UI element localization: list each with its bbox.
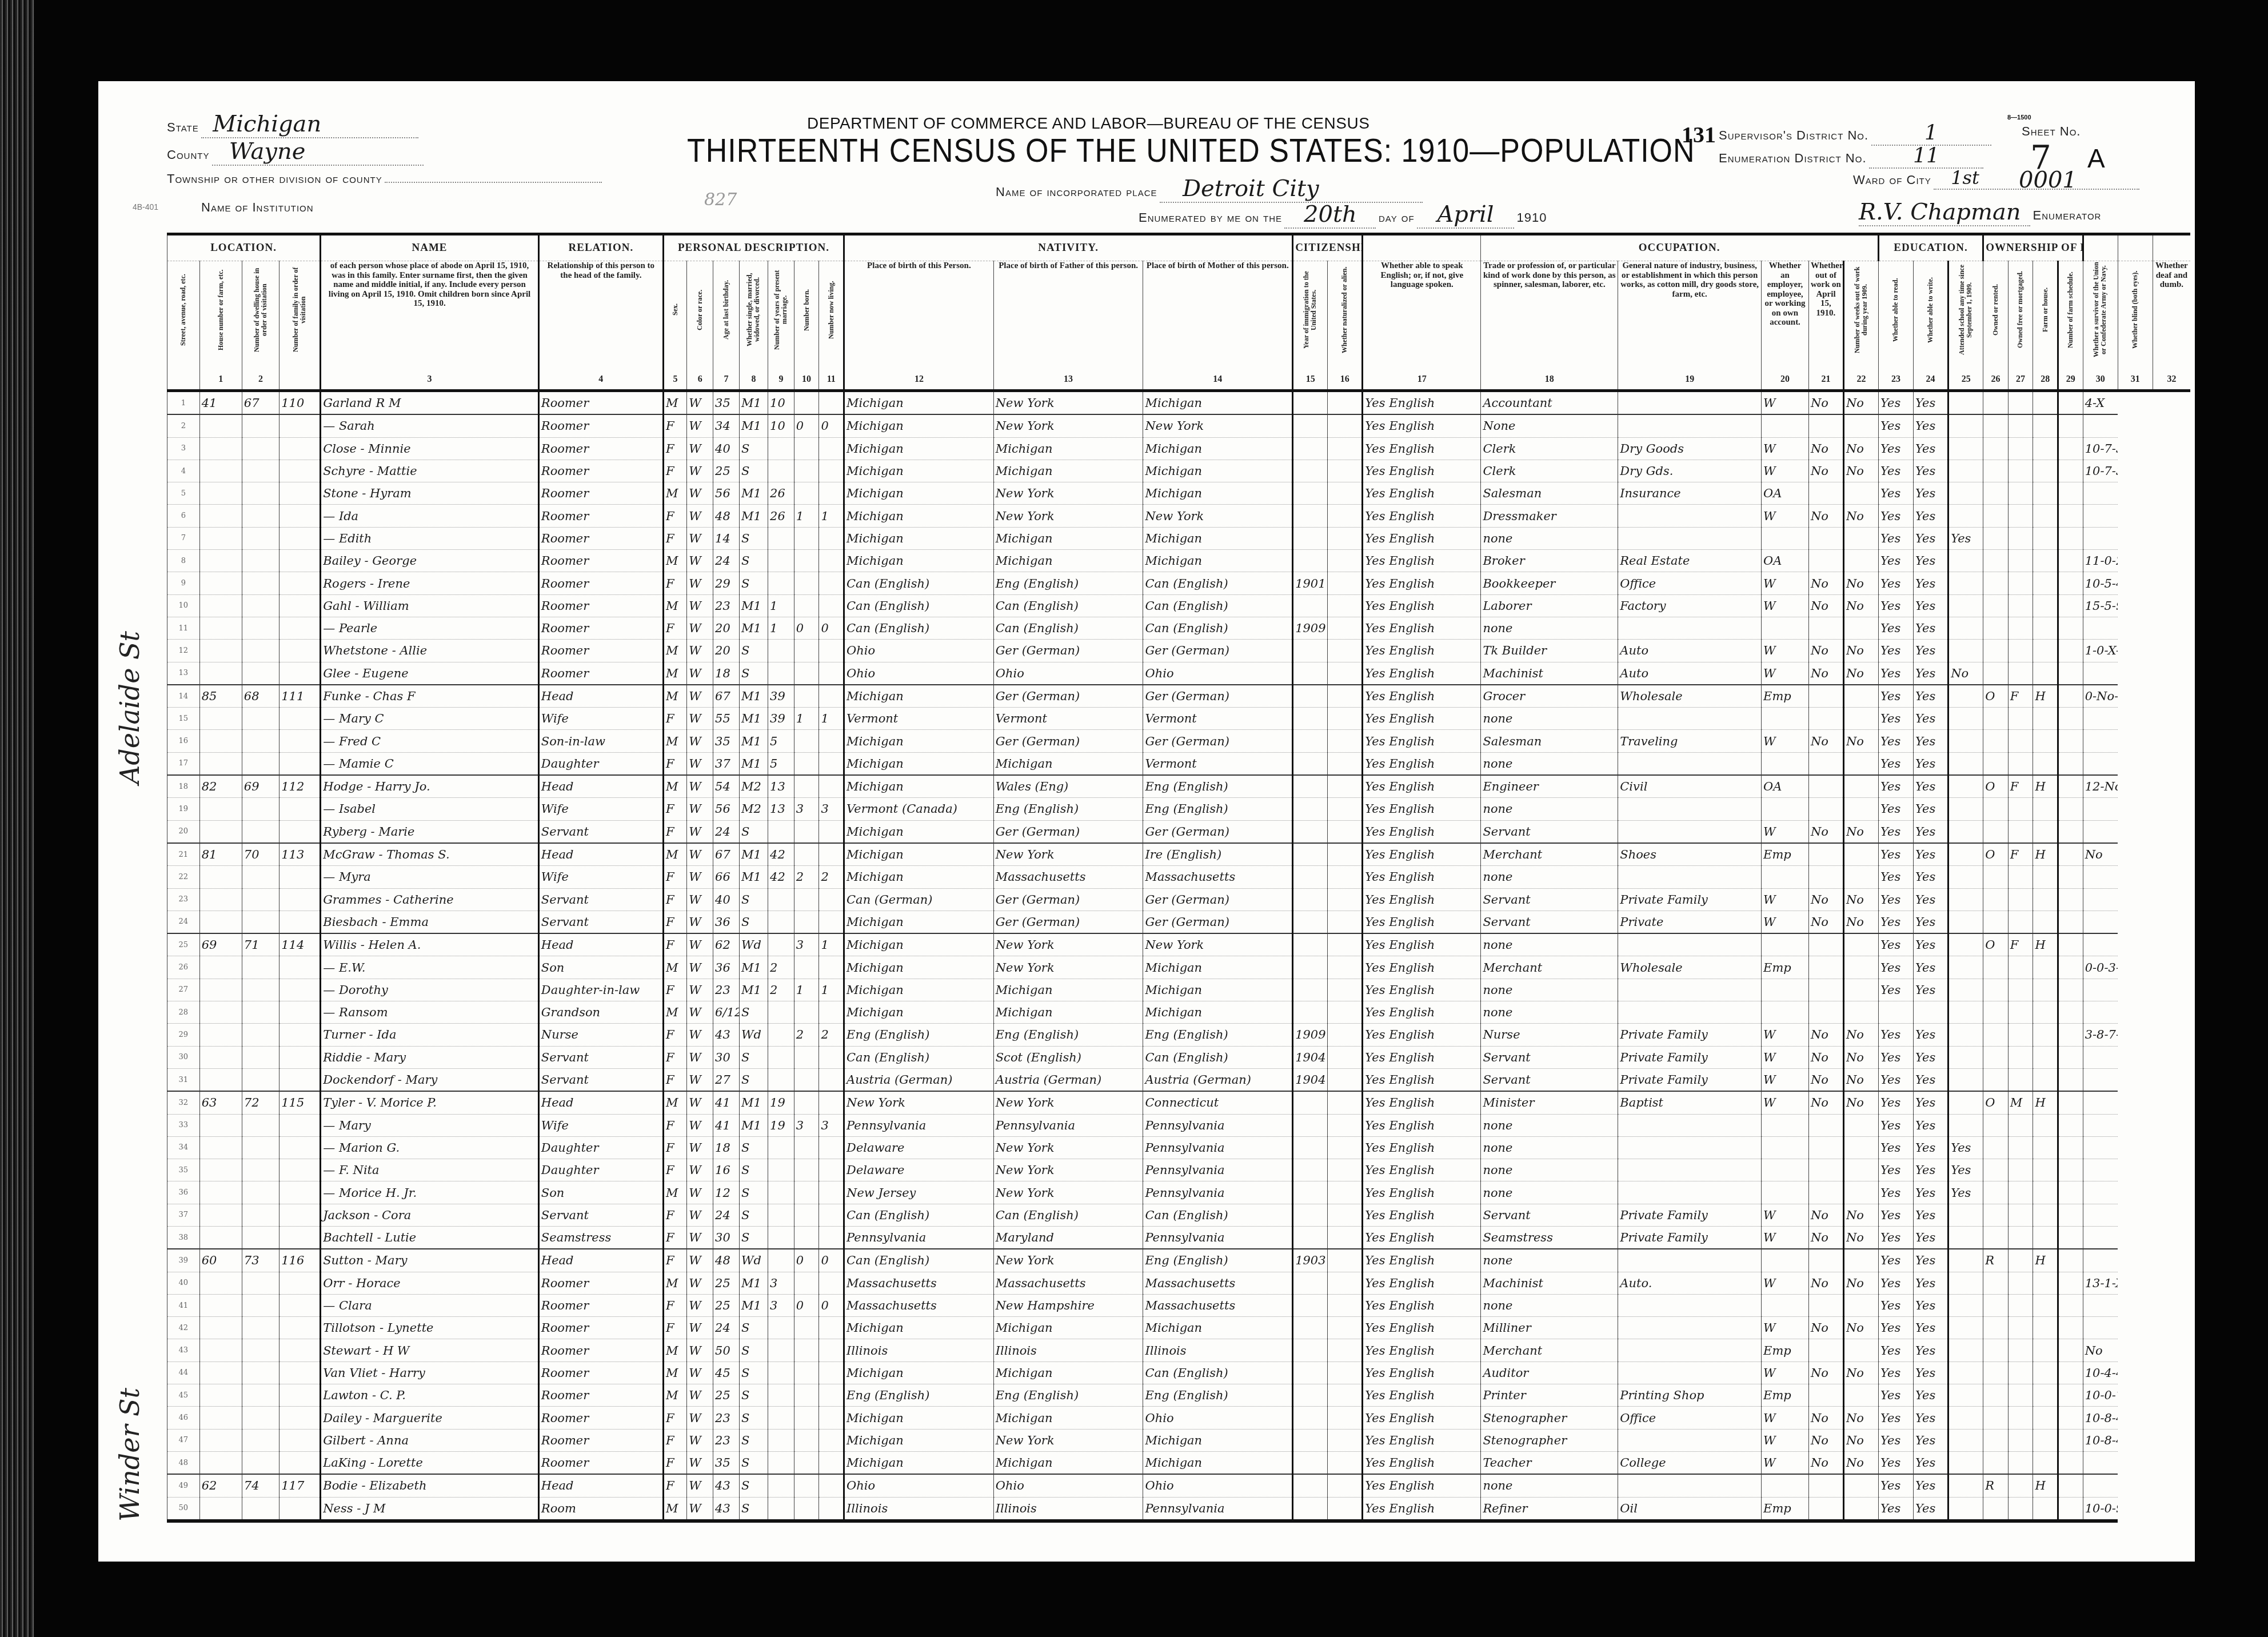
column-number-26: 25 [1948,370,1983,391]
cell-weeks: No [1843,594,1878,617]
cell-weeks: No [1843,1429,1878,1451]
cell-out-of-work [1808,843,1843,866]
cell-write: Yes [1914,730,1948,752]
cell-class [1762,979,1809,1001]
cell-marital: S [739,888,768,911]
line-number: 2 [167,414,200,437]
cell-birth-mother: Ohio [1143,662,1293,685]
cell-class [1762,1294,1809,1316]
cell-family [279,662,321,685]
cell-dwelling [242,505,279,527]
cell-birth-self: Massachusetts [844,1294,994,1316]
group-education: EDUCATION. [1879,234,1983,261]
cell-immigration [1293,1136,1328,1159]
cell-school [1948,685,1983,708]
cell-birth-mother: Ger (German) [1143,888,1293,911]
cell-race: W [687,1024,713,1046]
cell-out-of-work [1808,1294,1843,1316]
cell-owned [1983,1497,2009,1521]
cell-immigration: 1903 [1293,1249,1328,1272]
cell-birth-self: Can (English) [844,1249,994,1272]
cell-free [2008,527,2033,549]
cell-dwelling: 71 [242,933,279,956]
cell-immigration [1293,752,1328,775]
column-header-8: Age at last birthday. [713,261,740,370]
county-value: Wayne [212,138,424,166]
cell-birth-self: Michigan [844,527,994,549]
cell-name: Stone - Hyram [321,482,539,505]
cell-family [279,1361,321,1384]
cell-birth-father: New York [993,482,1143,505]
cell-english: Yes English [1363,1024,1481,1046]
cell-out-of-work [1808,414,1843,437]
cell-naturalized [1328,1361,1363,1384]
cell-free [2008,1159,2033,1181]
table-row: 40Orr - HoraceRoomerMW25M13Massachusetts… [167,1272,2191,1294]
cell-schedule [2058,1181,2083,1204]
cell-birth-mother: New York [1143,933,1293,956]
cell-years-married: 5 [768,752,794,775]
cell-marital: M2 [739,775,768,798]
cell-years-married [768,460,794,482]
line-number: 25 [167,933,200,956]
cell-living [819,1339,844,1361]
cell-sex: F [663,1068,686,1091]
cell-immigration: 1904 [1293,1068,1328,1091]
column-header-11: Number born. [794,261,819,370]
cell-relation: Roomer [538,550,663,572]
cell-years-married [768,1474,794,1497]
cell-birth-self: Michigan [844,414,994,437]
cell-write: Yes [1914,1114,1948,1136]
cell-out-of-work: No [1808,1091,1843,1114]
cell-farm [2033,1384,2058,1407]
cell-class: Emp [1762,1384,1809,1407]
cell-relation: Head [538,843,663,866]
cell-living: 1 [819,933,844,956]
cell-schedule [2058,391,2083,415]
cell-family [279,1068,321,1091]
cell-english: Yes English [1363,617,1481,639]
cell-owned [1983,752,2009,775]
cell-race: W [687,617,713,639]
cell-read: Yes [1879,1339,1914,1361]
cell-owned [1983,1024,2009,1046]
cell-out-of-work [1808,775,1843,798]
cell-farm [2033,979,2058,1001]
cell-weeks [1843,1114,1878,1136]
cell-race: W [687,1339,713,1361]
cell-write: Yes [1914,1339,1948,1361]
cell-owned [1983,1204,2009,1226]
cell-out-of-work: No [1808,730,1843,752]
cell-birth-father: Ger (German) [993,685,1143,708]
cell-naturalized [1328,1339,1363,1361]
cell-read: Yes [1879,414,1914,437]
table-row: 43Stewart - H WRoomerMW50SIllinoisIllino… [167,1339,2191,1361]
cell-dwelling: 74 [242,1474,279,1497]
cell-race: W [687,1361,713,1384]
column-label: Place of birth of Father of this person. [996,261,1141,271]
group-personal: PERSONAL DESCRIPTION. [663,234,844,261]
column-header-9: Whether single, married, widowed, or div… [739,261,768,370]
cell-farm [2033,888,2058,911]
cell-sex: F [663,1407,686,1429]
cell-birth-mother: Pennsylvania [1143,1114,1293,1136]
cell-birth-self: Michigan [844,550,994,572]
cell-sex: F [663,505,686,527]
cell-living [819,820,844,843]
cell-name: Bodie - Elizabeth [321,1474,539,1497]
cell-house [199,956,242,979]
cell-farm [2033,1114,2058,1136]
line-number: 50 [167,1497,200,1521]
cell-class: W [1762,1024,1809,1046]
cell-years-married: 13 [768,775,794,798]
cell-immigration [1293,1429,1328,1451]
cell-age: 50 [713,1339,740,1361]
cell-birth-self: Michigan [844,911,994,933]
cell-code: 10-7-3-X [2083,460,2118,482]
cell-born: 2 [794,1024,819,1046]
cell-read: Yes [1879,1226,1914,1249]
incorporated-place-field: Name of incorporated place Detroit City [996,175,1423,203]
township-value [385,182,602,183]
cell-dwelling [242,1339,279,1361]
cell-industry: College [1618,1451,1762,1474]
cell-family [279,820,321,843]
cell-weeks: No [1843,1091,1878,1114]
cell-owned [1983,1068,2009,1091]
column-label: Place of birth of this Person. [846,261,992,271]
cell-code [2083,911,2118,933]
cell-owned [1983,617,2009,639]
cell-age: 43 [713,1024,740,1046]
cell-years-married: 3 [768,1272,794,1294]
cell-read: Yes [1879,437,1914,460]
cell-free [2008,437,2033,460]
cell-house: 82 [199,775,242,798]
cell-birth-self: Pennsylvania [844,1226,994,1249]
cell-schedule [2058,911,2083,933]
cell-dwelling [242,1407,279,1429]
cell-born [794,1429,819,1451]
cell-years-married [768,1159,794,1181]
cell-weeks: No [1843,1317,1878,1339]
cell-read: Yes [1879,843,1914,866]
cell-living [819,391,844,415]
table-row: 12Whetstone - AllieRoomerMW20SOhioGer (G… [167,640,2191,662]
cell-read: Yes [1879,911,1914,933]
cell-free: F [2008,933,2033,956]
column-header-2: Number of dwelling house in order of vis… [242,261,279,370]
cell-industry: Oil [1618,1497,1762,1521]
cell-naturalized [1328,1272,1363,1294]
cell-school [1948,550,1983,572]
cell-industry: Insurance [1618,482,1762,505]
cell-read: Yes [1879,505,1914,527]
cell-born [794,1272,819,1294]
cell-birth-father: New York [993,1159,1143,1181]
line-number: 29 [167,1024,200,1046]
cell-birth-mother: Connecticut [1143,1091,1293,1114]
cell-free: F [2008,843,2033,866]
cell-owned: R [1983,1474,2009,1497]
cell-birth-father: New York [993,505,1143,527]
cell-birth-father: Can (English) [993,617,1143,639]
cell-industry: Private Family [1618,1046,1762,1068]
cell-naturalized [1328,708,1363,730]
line-number: 1 [167,391,200,415]
township-label: Township or other division of county [167,171,382,186]
cell-name: Rogers - Irene [321,572,539,594]
cell-naturalized [1328,550,1363,572]
cell-living: 0 [819,414,844,437]
cell-out-of-work: No [1808,1272,1843,1294]
cell-occupation: Stenographer [1481,1429,1618,1451]
cell-name: Whetstone - Allie [321,640,539,662]
cell-marital: S [739,1339,768,1361]
line-number: 12 [167,640,200,662]
cell-immigration [1293,775,1328,798]
column-label: Whether naturalized or alien. [1341,261,1348,358]
cell-marital: S [739,820,768,843]
cell-living: 1 [819,505,844,527]
cell-house: 60 [199,1249,242,1272]
cell-age: 25 [713,1294,740,1316]
cell-name: Bailey - George [321,550,539,572]
cell-class: W [1762,1046,1809,1068]
cell-years-married [768,527,794,549]
cell-write: Yes [1914,505,1948,527]
cell-relation: Roomer [538,1384,663,1407]
cell-naturalized [1328,1407,1363,1429]
cell-naturalized [1328,482,1363,505]
cell-race: W [687,1114,713,1136]
cell-read: Yes [1879,752,1914,775]
cell-weeks: No [1843,1068,1878,1091]
cell-relation: Roomer [538,1317,663,1339]
cell-owned [1983,414,2009,437]
cell-code [2083,482,2118,505]
cell-name: Schyre - Mattie [321,460,539,482]
cell-birth-father: Ger (German) [993,888,1143,911]
cell-code: 3-8-7-X [2083,1024,2118,1046]
cell-years-married: 39 [768,708,794,730]
cell-school [1948,730,1983,752]
cell-read: Yes [1879,1317,1914,1339]
cell-family: 111 [279,685,321,708]
cell-english: Yes English [1363,911,1481,933]
cell-family [279,1046,321,1068]
cell-free [2008,1451,2033,1474]
cell-age: 30 [713,1046,740,1068]
cell-born: 0 [794,414,819,437]
cell-read: Yes [1879,888,1914,911]
cell-race: W [687,1294,713,1316]
cell-sex: M [663,1001,686,1024]
cell-immigration: 1909 [1293,1024,1328,1046]
cell-age: 24 [713,820,740,843]
cell-sex: M [663,1272,686,1294]
column-label: Age at last birthday. [722,261,730,358]
cell-farm [2033,1204,2058,1226]
cell-schedule [2058,550,2083,572]
cell-dwelling [242,1497,279,1521]
cell-name: — Fred C [321,730,539,752]
cell-dwelling [242,1361,279,1384]
cell-relation: Daughter [538,1159,663,1181]
cell-race: W [687,662,713,685]
cell-living [819,460,844,482]
cell-marital: M1 [739,391,768,415]
cell-write: Yes [1914,820,1948,843]
cell-family: 113 [279,843,321,866]
cell-free [2008,820,2033,843]
line-number: 45 [167,1384,200,1407]
cell-write: Yes [1914,1272,1948,1294]
cell-naturalized [1328,437,1363,460]
cell-name: Ryberg - Marie [321,820,539,843]
cell-schedule [2058,1226,2083,1249]
cell-code [2083,1451,2118,1474]
line-number: 35 [167,1159,200,1181]
cell-read: Yes [1879,1384,1914,1407]
table-row: 30Riddie - MaryServantFW30SCan (English)… [167,1046,2191,1068]
cell-marital: S [739,1384,768,1407]
cell-house [199,820,242,843]
enumerated-month: April [1417,201,1514,229]
cell-living [819,1474,844,1497]
cell-sex: M [663,685,686,708]
cell-house [199,1384,242,1407]
cell-birth-self: Michigan [844,866,994,888]
cell-code: 1-0-X-X [2083,640,2118,662]
column-number-22: 21 [1808,370,1843,391]
cell-dwelling [242,866,279,888]
cell-class: OA [1762,482,1809,505]
column-label: Sex. [672,261,679,358]
cell-name: — Mary C [321,708,539,730]
cell-house [199,617,242,639]
cell-birth-mother: Massachusetts [1143,1294,1293,1316]
cell-read: Yes [1879,1068,1914,1091]
cell-birth-father: Massachusetts [993,1272,1143,1294]
cell-english: Yes English [1363,1136,1481,1159]
cell-living [819,1001,844,1024]
cell-farm [2033,460,2058,482]
cell-born [794,527,819,549]
cell-birth-father: Ger (German) [993,730,1143,752]
cell-race: W [687,482,713,505]
cell-free [2008,505,2033,527]
cell-dwelling [242,708,279,730]
cell-farm [2033,1136,2058,1159]
cell-industry: Civil [1618,775,1762,798]
cell-house [199,1429,242,1451]
cell-schedule [2058,1339,2083,1361]
cell-marital: S [739,1001,768,1024]
cell-sex: F [663,933,686,956]
cell-family [279,640,321,662]
cell-birth-father: Austria (German) [993,1068,1143,1091]
cell-years-married [768,933,794,956]
cell-dwelling [242,1226,279,1249]
cell-naturalized [1328,730,1363,752]
enumerator-field: R.V. Chapman Enumerator [1859,199,2101,226]
frame-number: 0001 [2019,167,2077,193]
cell-industry [1618,1339,1762,1361]
cell-race: W [687,1451,713,1474]
column-label: Whether a survivor of the Union or Confe… [2093,261,2107,358]
cell-school [1948,775,1983,798]
roll-number: 131 [1682,121,1716,148]
cell-relation: Roomer [538,1429,663,1451]
cell-weeks: No [1843,437,1878,460]
cell-name: — Clara [321,1294,539,1316]
cell-birth-father: New York [993,843,1143,866]
cell-schedule [2058,527,2083,549]
cell-birth-self: Michigan [844,1001,994,1024]
cell-marital: Wd [739,1024,768,1046]
column-number-0 [167,370,200,391]
census-title: THIRTEENTH CENSUS OF THE UNITED STATES: … [687,132,1695,170]
cell-code [2083,1068,2118,1091]
cell-class: W [1762,437,1809,460]
table-row: 10Gahl - WilliamRoomerMW23M11Can (Englis… [167,594,2191,617]
cell-sex: M [663,843,686,866]
cell-living: 0 [819,1249,844,1272]
cell-free [2008,460,2033,482]
cell-marital: Wd [739,933,768,956]
cell-family [279,1384,321,1407]
cell-school [1948,460,1983,482]
cell-industry: Auto [1618,662,1762,685]
cell-age: 20 [713,640,740,662]
cell-years-married: 26 [768,505,794,527]
cell-weeks [1843,1159,1878,1181]
cell-weeks: No [1843,911,1878,933]
cell-marital: S [739,1361,768,1384]
cell-out-of-work: No [1808,572,1843,594]
cell-marital: M1 [739,505,768,527]
cell-immigration [1293,798,1328,820]
table-row: 22— MyraWifeFW66M14222MichiganMassachuse… [167,866,2191,888]
cell-birth-self: Michigan [844,1407,994,1429]
column-number-2: 2 [242,370,279,391]
cell-born [794,460,819,482]
cell-read: Yes [1879,482,1914,505]
cell-name: Garland R M [321,391,539,415]
cell-birth-self: Michigan [844,1451,994,1474]
cell-occupation: Seamstress [1481,1226,1618,1249]
cell-birth-self: Michigan [844,1361,994,1384]
line-number: 32 [167,1091,200,1114]
cell-years-married [768,911,794,933]
cell-naturalized [1328,1497,1363,1521]
cell-occupation: None [1481,414,1618,437]
cell-age: 27 [713,1068,740,1091]
cell-years-married [768,437,794,460]
cell-birth-mother: Ger (German) [1143,911,1293,933]
cell-farm: H [2033,1249,2058,1272]
cell-family [279,798,321,820]
cell-born: 0 [794,617,819,639]
cell-immigration [1293,1226,1328,1249]
cell-farm [2033,1317,2058,1339]
cell-relation: Servant [538,911,663,933]
cell-race: W [687,911,713,933]
